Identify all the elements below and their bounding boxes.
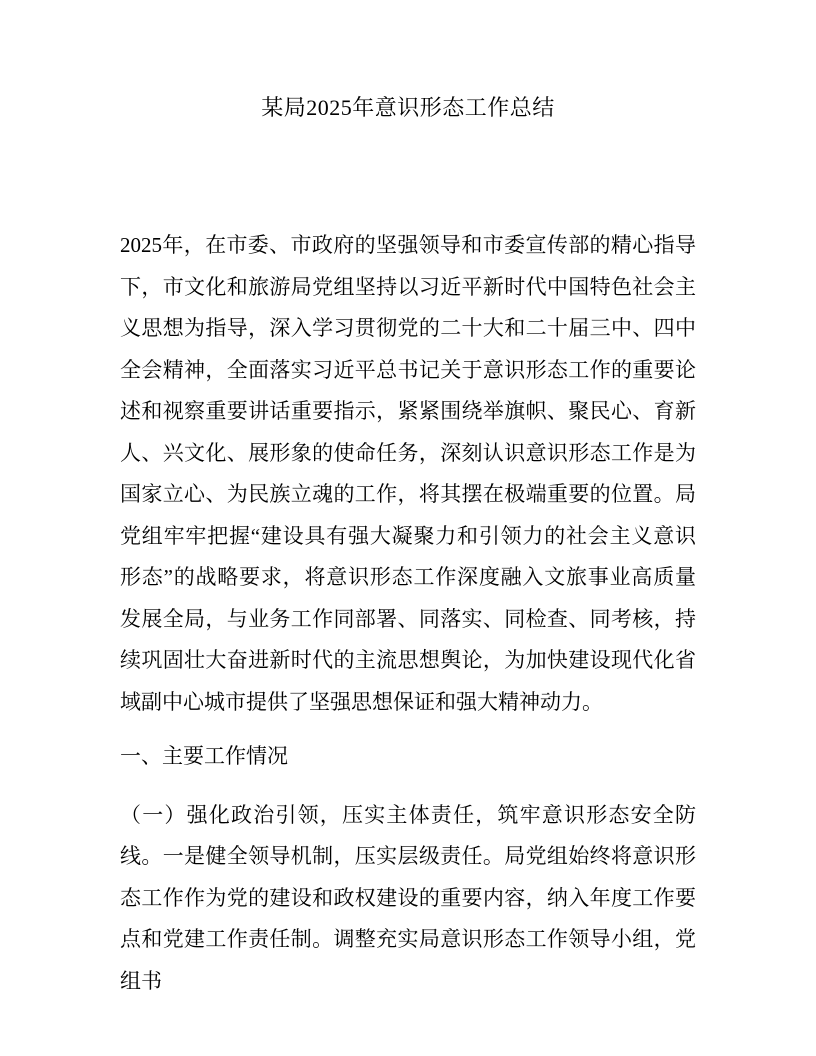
paragraph-intro: 2025年，在市委、市政府的坚强领导和市委宣传部的精心指导下，市文化和旅游局党组… [120,225,696,723]
section-heading-main-work: 一、主要工作情况 [120,736,696,778]
document-content: 某局2025年意识形态工作总结 2025年，在市委、市政府的坚强领导和市委宣传部… [120,0,696,1002]
paragraph-section-one: （一）强化政治引领，压实主体责任，筑牢意识形态安全防线。一是健全领导机制，压实层… [120,795,696,1003]
document-title: 某局2025年意识形态工作总结 [120,95,696,121]
document-page: 某局2025年意识形态工作总结 2025年，在市委、市政府的坚强领导和市委宣传部… [0,0,816,1056]
